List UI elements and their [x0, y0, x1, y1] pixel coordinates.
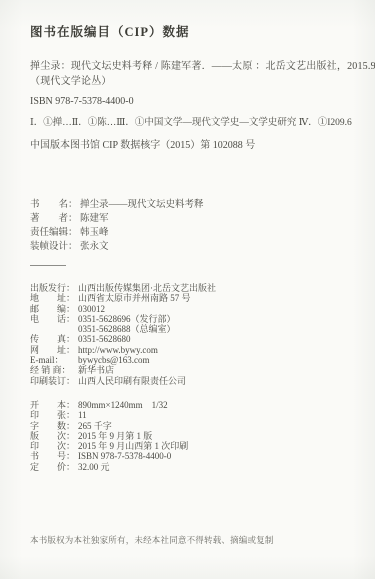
info-row: 经 销 商：新华书店	[30, 365, 349, 375]
field-value: ISBN 978-7-5378-4400-0	[78, 451, 171, 461]
cip-record-line: 中国版本图书馆 CIP 数据核字（2015）第 102088 号	[30, 140, 349, 152]
info-row: 责任编辑：韩玉峰	[30, 226, 349, 240]
field-label: 网 址：	[30, 345, 78, 355]
field-value: 新华书店	[78, 365, 114, 375]
field-value: 2015 年 9 月山西第 1 次印刷	[78, 441, 188, 451]
printing-info-section: 开 本：890mm×1240mm 1/32 印 张：11 字 数：265 千字 …	[30, 400, 349, 472]
info-row: 印 张：11	[30, 410, 349, 420]
field-value: 0351-5628688（总编室）	[78, 324, 176, 334]
cip-entry-line-1: 掸尘录：现代文坛史料考释 / 陈建军著．——太原 ：北岳文艺出版社，2015.9	[30, 59, 349, 74]
info-row: 印 次：2015 年 9 月山西第 1 次印刷	[30, 441, 349, 451]
field-value: bywycbs@163.com	[78, 355, 150, 365]
field-label: 出版发行：	[30, 283, 78, 293]
field-value: 11	[78, 410, 87, 420]
field-label: 邮 编：	[30, 304, 78, 314]
field-label: 电 话：	[30, 314, 78, 324]
field-value: 265 千字	[78, 421, 112, 431]
publisher-info-section: 出版发行：山西出版传媒集团·北岳文艺出版社 地 址：山西省太原市并州南路 57 …	[30, 283, 349, 386]
field-label: 著 者：	[30, 212, 80, 226]
copyright-notice: 本书版权为本社独家所有，未经本社同意不得转载、摘编或复制	[30, 534, 274, 546]
field-value: 890mm×1240mm 1/32	[78, 400, 168, 410]
field-value: 张永文	[80, 240, 109, 254]
cip-entry: 掸尘录：现代文坛史料考释 / 陈建军著．——太原 ：北岳文艺出版社，2015.9…	[30, 59, 349, 89]
field-label: 开 本：	[30, 400, 78, 410]
info-row: 传 真：0351-5628680	[30, 334, 349, 344]
field-value: 0351-5628680	[78, 334, 131, 344]
info-row: 著 者：陈建军	[30, 212, 349, 226]
info-row: E-mail：bywycbs@163.com	[30, 355, 349, 365]
field-value: 2015 年 9 月第 1 版	[78, 431, 152, 441]
info-row-continuation: 0351-5628688（总编室）	[30, 324, 349, 334]
field-label: 书 名：	[30, 198, 80, 212]
field-label: 经 销 商：	[30, 365, 78, 375]
info-row: 书 号：ISBN 978-7-5378-4400-0	[30, 451, 349, 461]
field-label: 地 址：	[30, 293, 78, 303]
field-label: E-mail：	[30, 355, 78, 365]
cip-entry-line-2: （现代文学论丛）	[30, 74, 349, 89]
section-divider	[30, 265, 66, 266]
info-row: 地 址：山西省太原市并州南路 57 号	[30, 293, 349, 303]
field-value: 山西出版传媒集团·北岳文艺出版社	[78, 283, 216, 293]
field-value: http://www.bywy.com	[78, 345, 158, 355]
field-value: 山西省太原市并州南路 57 号	[78, 293, 191, 303]
field-label: 字 数：	[30, 421, 78, 431]
field-label	[30, 324, 78, 334]
info-row: 版 次：2015 年 9 月第 1 版	[30, 431, 349, 441]
info-row: 电 话：0351-5628696（发行部）	[30, 314, 349, 324]
info-row: 字 数：265 千字	[30, 421, 349, 431]
field-label: 印 张：	[30, 410, 78, 420]
field-value: 32.00 元	[78, 462, 110, 472]
field-label: 印 次：	[30, 441, 78, 451]
info-row: 出版发行：山西出版传媒集团·北岳文艺出版社	[30, 283, 349, 293]
info-row: 定 价：32.00 元	[30, 462, 349, 472]
field-value: 陈建军	[80, 212, 109, 226]
isbn-line: ISBN 978-7-5378-4400-0	[30, 96, 349, 108]
field-label: 定 价：	[30, 462, 78, 472]
classification-line: Ⅰ．①掸…Ⅱ．①陈…Ⅲ．①中国文学—现代文学史—文学史研究 Ⅳ．①I209.6	[30, 117, 349, 129]
info-row: 装帧设计：张永文	[30, 240, 349, 254]
field-value: 山西人民印刷有限责任公司	[78, 376, 186, 386]
field-value: 030012	[78, 304, 105, 314]
field-label: 书 号：	[30, 451, 78, 461]
field-value: 韩玉峰	[80, 226, 109, 240]
field-label: 印刷装订：	[30, 376, 78, 386]
info-row: 书 名：掸尘录——现代文坛史料考释	[30, 198, 349, 212]
cip-header: 图书在版编目（CIP）数据	[30, 22, 349, 40]
cip-page: 图书在版编目（CIP）数据 掸尘录：现代文坛史料考释 / 陈建军著．——太原 ：…	[0, 0, 375, 579]
field-label: 传 真：	[30, 334, 78, 344]
info-row: 开 本：890mm×1240mm 1/32	[30, 400, 349, 410]
info-row: 网 址：http://www.bywy.com	[30, 345, 349, 355]
field-value: 掸尘录——现代文坛史料考释	[80, 198, 204, 212]
info-row: 邮 编：030012	[30, 304, 349, 314]
info-row: 印刷装订：山西人民印刷有限责任公司	[30, 376, 349, 386]
field-label: 装帧设计：	[30, 240, 80, 254]
field-value: 0351-5628696（发行部）	[78, 314, 176, 324]
book-info-section: 书 名：掸尘录——现代文坛史料考释 著 者：陈建军 责任编辑：韩玉峰 装帧设计：…	[30, 198, 349, 254]
field-label: 责任编辑：	[30, 226, 80, 240]
field-label: 版 次：	[30, 431, 78, 441]
